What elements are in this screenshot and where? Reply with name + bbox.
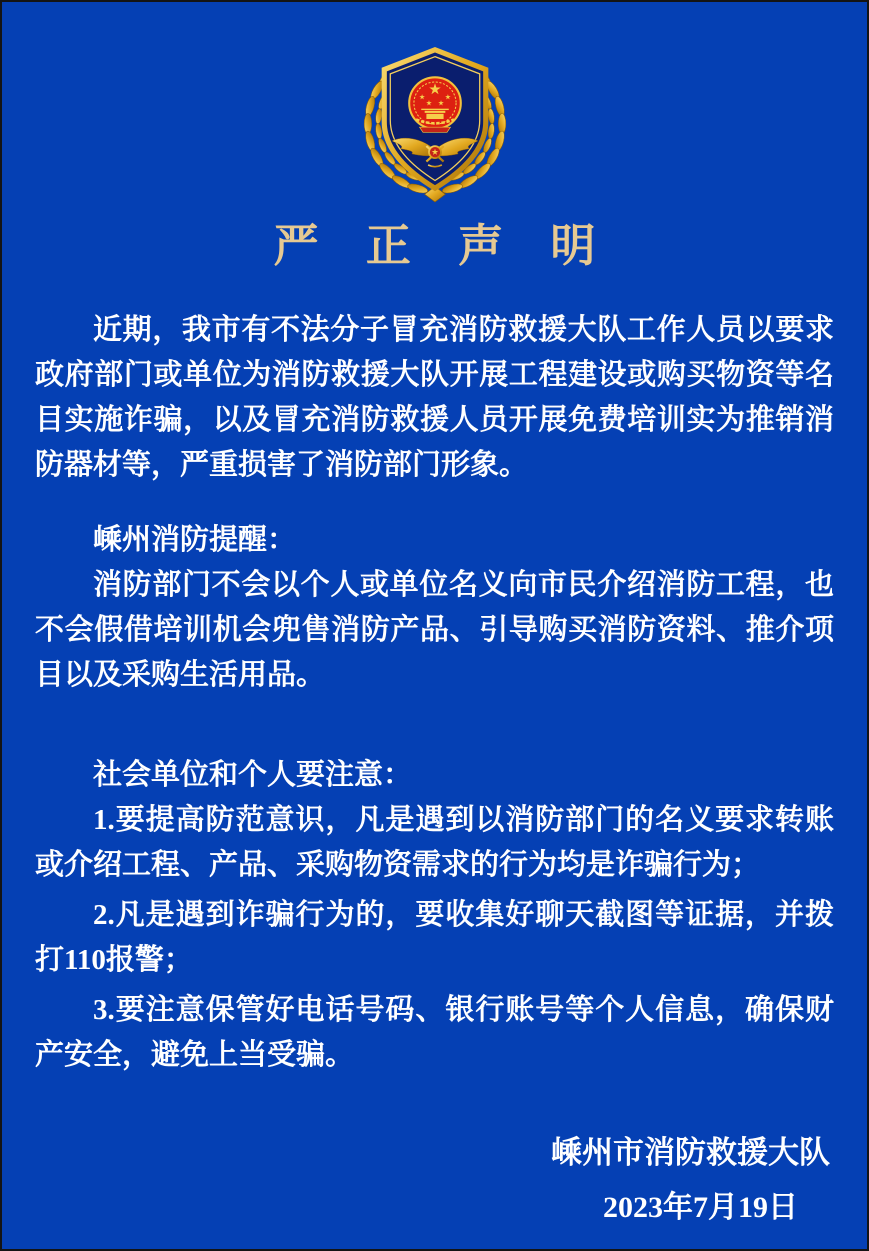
reminder-paragraph: 消防部门不会以个人或单位名义向市民介绍消防工程，也不会假借培训机会兜售消防产品、… bbox=[35, 563, 834, 698]
fire-rescue-emblem-graphic bbox=[349, 30, 521, 208]
signature: 嵊州市消防救援大队 bbox=[35, 1130, 834, 1175]
reminder-heading: 嵊州消防提醒： bbox=[35, 518, 834, 563]
date: 2023年7月19日 bbox=[35, 1185, 834, 1230]
intro-paragraph: 近期，我市有不法分子冒充消防救援大队工作人员以要求政府部门或单位为消防救援大队开… bbox=[35, 308, 834, 488]
statement-footer: 嵊州市消防救援大队 2023年7月19日 bbox=[35, 1130, 834, 1230]
notice-item-2: 2.凡是遇到诈骗行为的，要收集好聊天截图等证据，并拨打110报警； bbox=[35, 893, 834, 983]
page-title: 严 正 声 明 bbox=[35, 218, 834, 274]
fire-rescue-emblem bbox=[349, 30, 521, 208]
notice-item-1: 1.要提高防范意识，凡是遇到以消防部门的名义要求转账或介绍工程、产品、采购物资需… bbox=[35, 798, 834, 888]
official-statement-page: 严 正 声 明 近期，我市有不法分子冒充消防救援大队工作人员以要求政府部门或单位… bbox=[0, 0, 869, 1251]
notice-heading: 社会单位和个人要注意： bbox=[35, 753, 834, 798]
statement-body: 近期，我市有不法分子冒充消防救援大队工作人员以要求政府部门或单位为消防救援大队开… bbox=[35, 308, 834, 1078]
notice-item-3: 3.要注意保管好电话号码、银行账号等个人信息，确保财产安全，避免上当受骗。 bbox=[35, 988, 834, 1078]
